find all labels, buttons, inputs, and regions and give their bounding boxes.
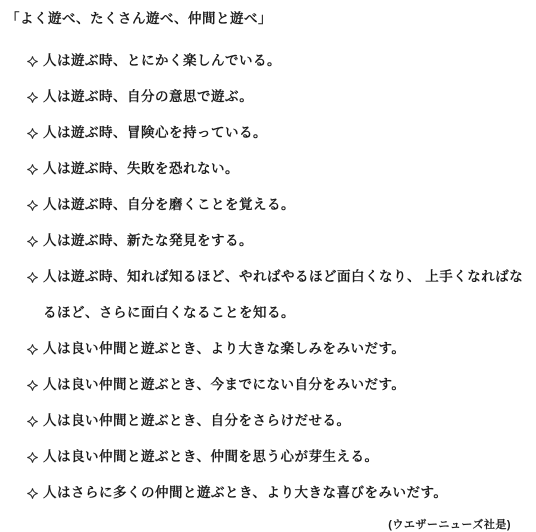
list-item: 人はさらに多くの仲間と遊ぶとき、より大きな喜びをみいだす。 <box>6 475 524 511</box>
list-item: 人は遊ぶ時、失敗を恐れない。 <box>6 151 524 187</box>
list-item-text: 人は遊ぶ時、新たな発見をする。 <box>43 223 253 259</box>
four-pointed-star-icon <box>27 79 43 115</box>
list-item: 人は良い仲間と遊ぶとき、今までにない自分をみいだす。 <box>6 367 524 403</box>
list-item: 人は遊ぶ時、自分を磨くことを覚える。 <box>6 187 524 223</box>
four-pointed-star-icon <box>27 439 43 475</box>
list-item-text: 人は良い仲間と遊ぶとき、自分をさらけだせる。 <box>43 403 350 439</box>
list-item: 人は良い仲間と遊ぶとき、より大きな楽しみをみいだす。 <box>6 331 524 367</box>
four-pointed-star-icon <box>27 151 43 187</box>
list-item-text: 人は良い仲間と遊ぶとき、今までにない自分をみいだす。 <box>43 367 405 403</box>
list-item: 人は良い仲間と遊ぶとき、自分をさらけだせる。 <box>6 403 524 439</box>
four-pointed-star-icon <box>27 367 43 403</box>
list-item: 人は遊ぶ時、とにかく楽しんでいる。 <box>6 43 524 79</box>
four-pointed-star-icon <box>27 475 43 511</box>
page-title: 「よく遊べ、たくさん遊べ、仲間と遊べ」 <box>6 8 524 30</box>
list-item: 人は遊ぶ時、冒険心を持っている。 <box>6 115 524 151</box>
four-pointed-star-icon <box>27 223 43 259</box>
four-pointed-star-icon <box>27 259 43 295</box>
quote-list: 人は遊ぶ時、とにかく楽しんでいる。 人は遊ぶ時、自分の意思で遊ぶ。 人は遊ぶ時、… <box>6 43 524 511</box>
four-pointed-star-icon <box>27 115 43 151</box>
list-item-text: 人は良い仲間と遊ぶとき、仲間を思う心が芽生える。 <box>43 439 378 475</box>
four-pointed-star-icon <box>27 403 43 439</box>
four-pointed-star-icon <box>27 331 43 367</box>
document-page: 「よく遊べ、たくさん遊べ、仲間と遊べ」 人は遊ぶ時、とにかく楽しんでいる。 人は… <box>0 0 536 532</box>
attribution-note: (ウエザーニューズ社是) <box>6 518 524 532</box>
list-item-text: 人は遊ぶ時、冒険心を持っている。 <box>43 115 267 151</box>
list-item-text: 人は遊ぶ時、自分を磨くことを覚える。 <box>43 187 295 223</box>
list-item-text: 人は遊ぶ時、失敗を恐れない。 <box>43 151 239 187</box>
list-item-text: 人は遊ぶ時、自分の意思で遊ぶ。 <box>43 79 253 115</box>
four-pointed-star-icon <box>27 43 43 79</box>
list-item-text: 人は遊ぶ時、知れば知るほど、やればやるほど面白くなり、 上手くなればな るほど、… <box>43 259 523 331</box>
list-item: 人は遊ぶ時、知れば知るほど、やればやるほど面白くなり、 上手くなればな るほど、… <box>6 259 524 331</box>
list-item-text: 人はさらに多くの仲間と遊ぶとき、より大きな喜びをみいだす。 <box>43 475 447 511</box>
list-item-text: 人は良い仲間と遊ぶとき、より大きな楽しみをみいだす。 <box>43 331 405 367</box>
list-item: 人は遊ぶ時、自分の意思で遊ぶ。 <box>6 79 524 115</box>
list-item-text: 人は遊ぶ時、とにかく楽しんでいる。 <box>43 43 281 79</box>
list-item: 人は良い仲間と遊ぶとき、仲間を思う心が芽生える。 <box>6 439 524 475</box>
list-item: 人は遊ぶ時、新たな発見をする。 <box>6 223 524 259</box>
four-pointed-star-icon <box>27 187 43 223</box>
